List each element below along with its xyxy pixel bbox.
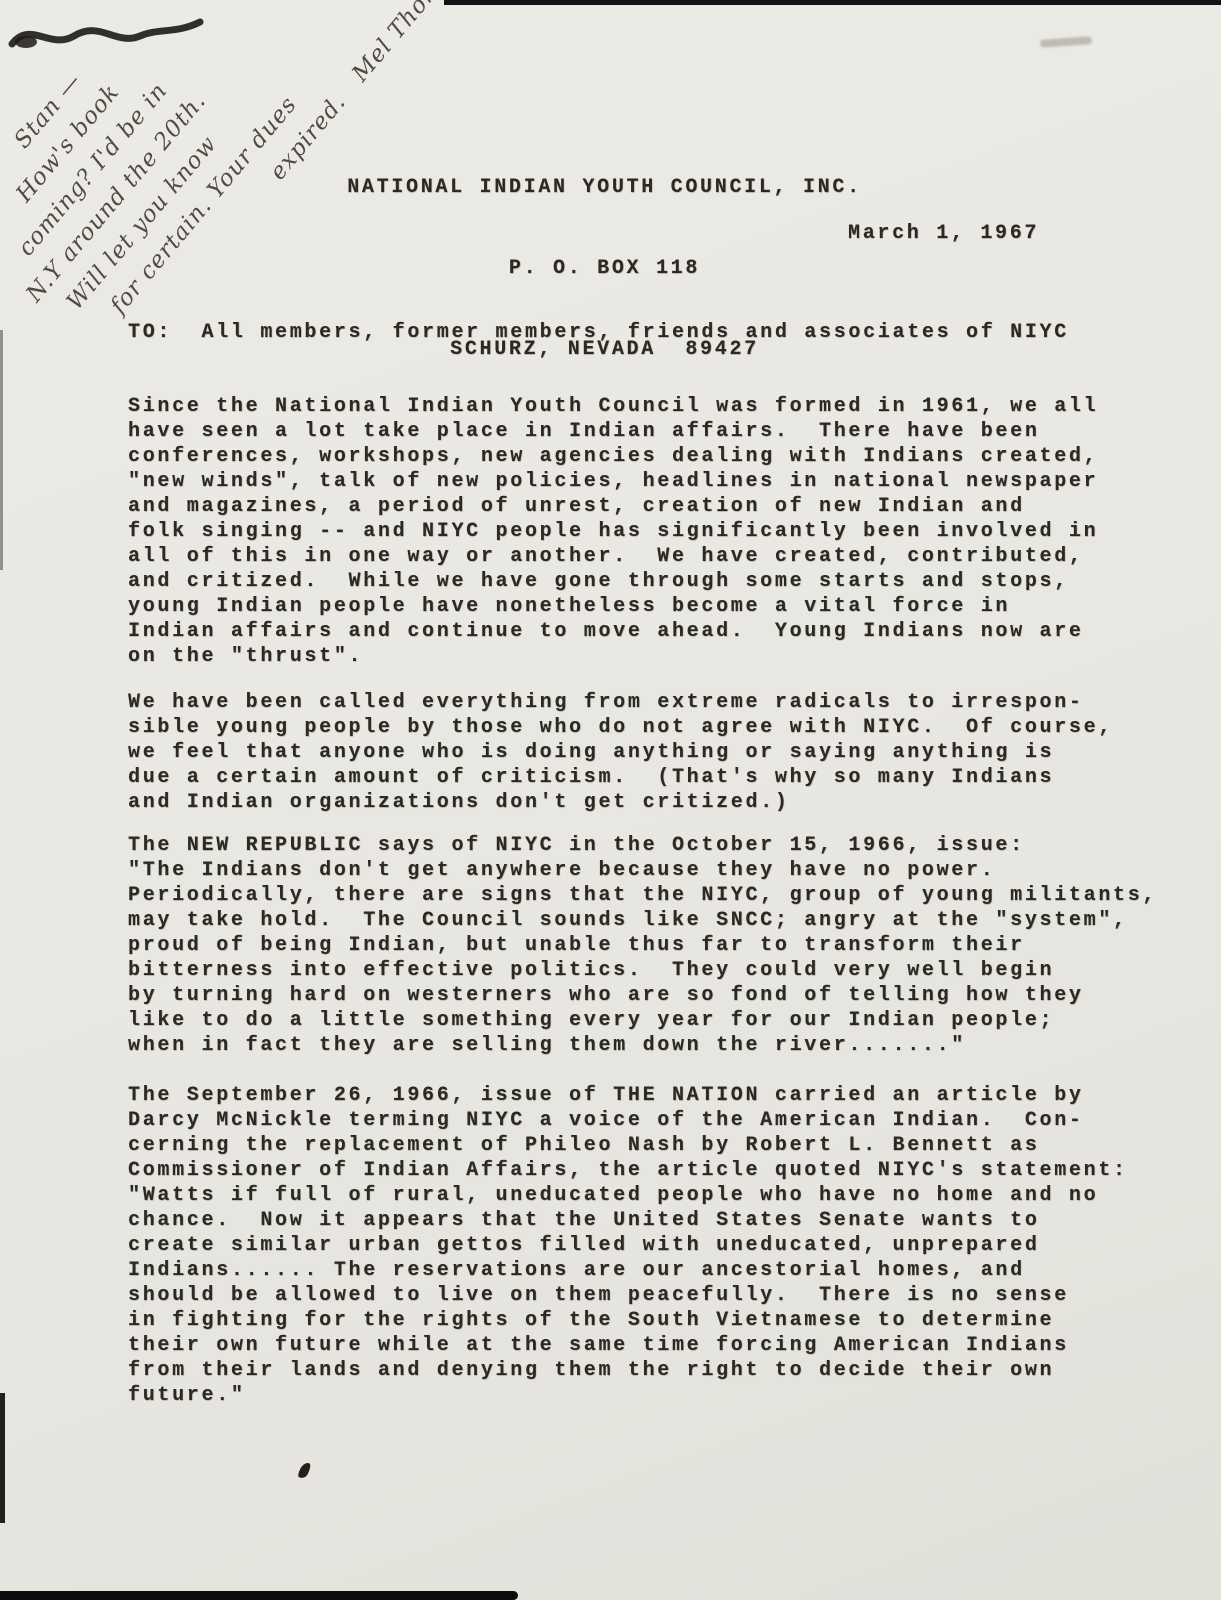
scan-edge-left-lower [0, 1393, 5, 1523]
scan-edge-top [444, 0, 1221, 5]
scan-edge-bottom [0, 1591, 518, 1600]
paragraph-2: We have been called everything from extr… [128, 690, 1113, 815]
pen-mark [297, 1461, 313, 1480]
letterhead-po-box: P. O. BOX 118 [0, 255, 1215, 282]
paragraph-3: The NEW REPUBLIC says of NIYC in the Oct… [128, 833, 1157, 1058]
letterhead: NATIONAL INDIAN YOUTH COUNCIL, INC. P. O… [0, 120, 1215, 417]
scanned-letter-page: Stan — How's book coming? I'd be in N.Y … [0, 0, 1221, 1600]
date-line: March 1, 1967 [848, 221, 1039, 246]
smudge-mark [1040, 36, 1092, 48]
paragraph-4: The September 26, 1966, issue of THE NAT… [128, 1083, 1128, 1408]
paragraph-1: Since the National Indian Youth Council … [128, 394, 1098, 669]
to-line: TO: All members, former members, friends… [128, 320, 1069, 345]
letterhead-org-name: NATIONAL INDIAN YOUTH COUNCIL, INC. [0, 174, 1215, 201]
